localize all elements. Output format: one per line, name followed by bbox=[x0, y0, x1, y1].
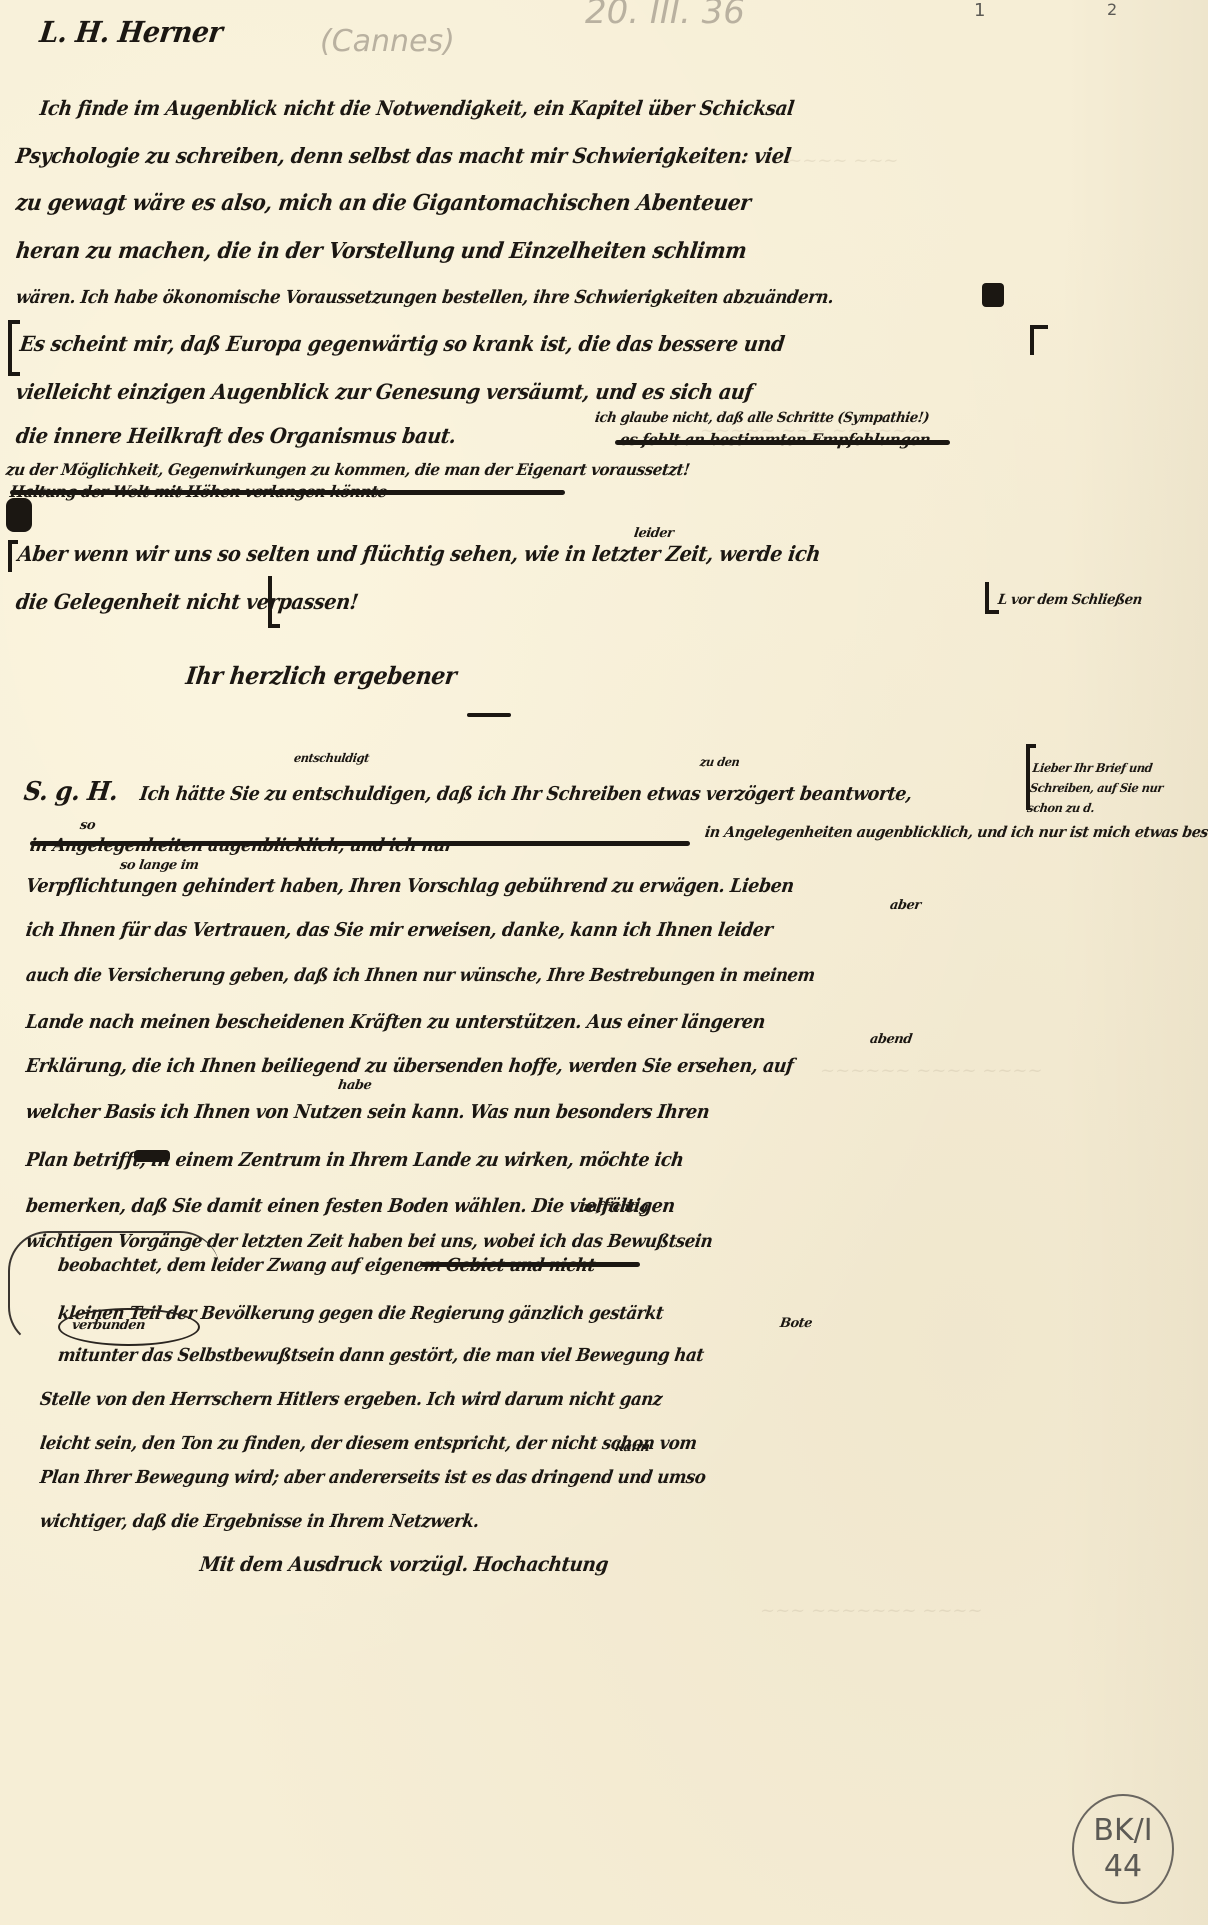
letter2-closing: Mit dem Ausdruck vorzügl. Hochachtung bbox=[198, 1548, 610, 1580]
letter1-line: Aber wenn wir uns so selten und flüchtig… bbox=[16, 538, 822, 570]
letter2-line: Plan Ihrer Bewegung wird; aber andererse… bbox=[38, 1462, 708, 1494]
letter1-closing: Ihr herzlich ergebener bbox=[184, 660, 458, 692]
letter2-line: leicht sein, den Ton zu finden, der dies… bbox=[38, 1428, 699, 1460]
letter2-margin-note: Lieber Ihr Brief und Schreiben, auf Sie … bbox=[1026, 758, 1200, 818]
strikethrough bbox=[10, 490, 565, 495]
pencil-date: 20. III. 36 bbox=[585, 0, 745, 32]
manuscript-page: ~~~ ~~~~ ~~~~~~ ~~~ ~~~~~ ~~~ ~~~~~~ ~~~… bbox=[0, 0, 1208, 1925]
letter1-line: zu gewagt wäre es also, mich an die Giga… bbox=[14, 187, 753, 219]
archive-stamp-line2: 44 bbox=[1104, 1849, 1142, 1885]
letter2-line: mitunter das Selbstbewußtsein dann gestö… bbox=[56, 1340, 706, 1372]
pencil-note-cannes: (Cannes) bbox=[320, 24, 455, 59]
letter2-line: Verpflichtungen gehindert haben, Ihren V… bbox=[24, 870, 796, 902]
margin-note-right: L vor dem Schließen bbox=[997, 590, 1144, 610]
letter1-line: zu der Möglichkeit, Gegenwirkungen zu ko… bbox=[5, 460, 691, 480]
letter2-insertion: Bote bbox=[779, 1316, 813, 1331]
letter2-line: Plan betrifft, in einem Zentrum in Ihrem… bbox=[24, 1144, 686, 1176]
letter1-line: die innere Heilkraft des Organismus baut… bbox=[14, 420, 458, 452]
letter1-line: Psychologie zu schreiben, denn selbst da… bbox=[14, 140, 793, 172]
letter2-insertion: aufrichtig bbox=[579, 1200, 649, 1215]
letter2-insertion: kann bbox=[614, 1440, 650, 1455]
letter2-line: bemerken, daß Sie damit einen festen Bod… bbox=[24, 1190, 677, 1222]
letter1-line: die Gelegenheit nicht verpassen! bbox=[14, 586, 360, 618]
archive-stamp: BK/I 44 bbox=[1072, 1794, 1174, 1904]
letter1-line: Es scheint mir, daß Europa gegenwärtig s… bbox=[18, 328, 786, 360]
bleed-through-text: ~~~ ~~~~~~~ ~~~~ bbox=[760, 1600, 983, 1621]
ink-blot bbox=[6, 498, 32, 532]
insertion-mark bbox=[268, 576, 280, 628]
letter2-insertion: abend bbox=[869, 1032, 913, 1047]
page-mark-1: 1 bbox=[974, 0, 985, 21]
letter2-insertion: aber bbox=[889, 898, 922, 913]
bleed-through-text: ~~~~~~ ~~~~ ~~~~ bbox=[820, 1060, 1043, 1081]
letter2-line: auch die Versicherung geben, daß ich Ihn… bbox=[24, 960, 817, 992]
letter2-insertion: entschuldigt bbox=[293, 748, 371, 768]
letter2-insertion: zu den bbox=[699, 752, 741, 772]
letter1-line: Ich finde im Augenblick nicht die Notwen… bbox=[38, 92, 796, 124]
margin-bracket-mark bbox=[1030, 325, 1048, 355]
letter1-insertion: ich glaube nicht, daß alle Schritte (Sym… bbox=[594, 408, 931, 428]
letter2-circled-word: verbunden bbox=[71, 1318, 146, 1333]
letter2-line: welcher Basis ich Ihnen von Nutzen sein … bbox=[24, 1096, 711, 1128]
section-bracket bbox=[8, 320, 20, 376]
letter2-line: in Angelegenheiten augenblicklich, und i… bbox=[704, 822, 1208, 842]
letter2-struck-text: in Angelegenheiten augenblicklich, und i… bbox=[28, 830, 455, 862]
letter1-line: wären. Ich habe ökonomische Voraussetzun… bbox=[14, 282, 835, 314]
ink-blot bbox=[134, 1150, 170, 1162]
letter2-line: ich Ihnen für das Vertrauen, das Sie mir… bbox=[24, 914, 775, 946]
page-mark-2: 2 bbox=[1107, 0, 1117, 19]
blotted-box-mark bbox=[982, 283, 1004, 307]
letter2-line: Stelle von den Herrschern Hitlers ergebe… bbox=[38, 1384, 664, 1416]
letter2-line: Lande nach meinen bescheidenen Kräften z… bbox=[24, 1006, 767, 1038]
letter2-line: wichtiger, daß die Ergebnisse in Ihrem N… bbox=[38, 1506, 481, 1538]
letter2-line: Ich hätte Sie zu entschuldigen, daß ich … bbox=[138, 778, 914, 810]
margin-insert-mark bbox=[1026, 744, 1036, 810]
separator-dash bbox=[467, 713, 511, 717]
letter2-insertion: habe bbox=[337, 1078, 372, 1093]
letter2-salutation: S. g. H. bbox=[22, 776, 120, 808]
letter1-line: heran zu machen, die in der Vorstellung … bbox=[14, 235, 748, 267]
strikethrough bbox=[30, 841, 690, 846]
strikethrough bbox=[615, 440, 950, 445]
archive-stamp-line1: BK/I bbox=[1093, 1813, 1152, 1849]
letter2-line: Erklärung, die ich Ihnen beiliegend zu ü… bbox=[24, 1050, 795, 1082]
letter1-line: vielleicht einzigen Augenblick zur Genes… bbox=[14, 376, 755, 408]
strikethrough bbox=[420, 1262, 640, 1267]
addressee: L. H. Herner bbox=[38, 16, 224, 48]
